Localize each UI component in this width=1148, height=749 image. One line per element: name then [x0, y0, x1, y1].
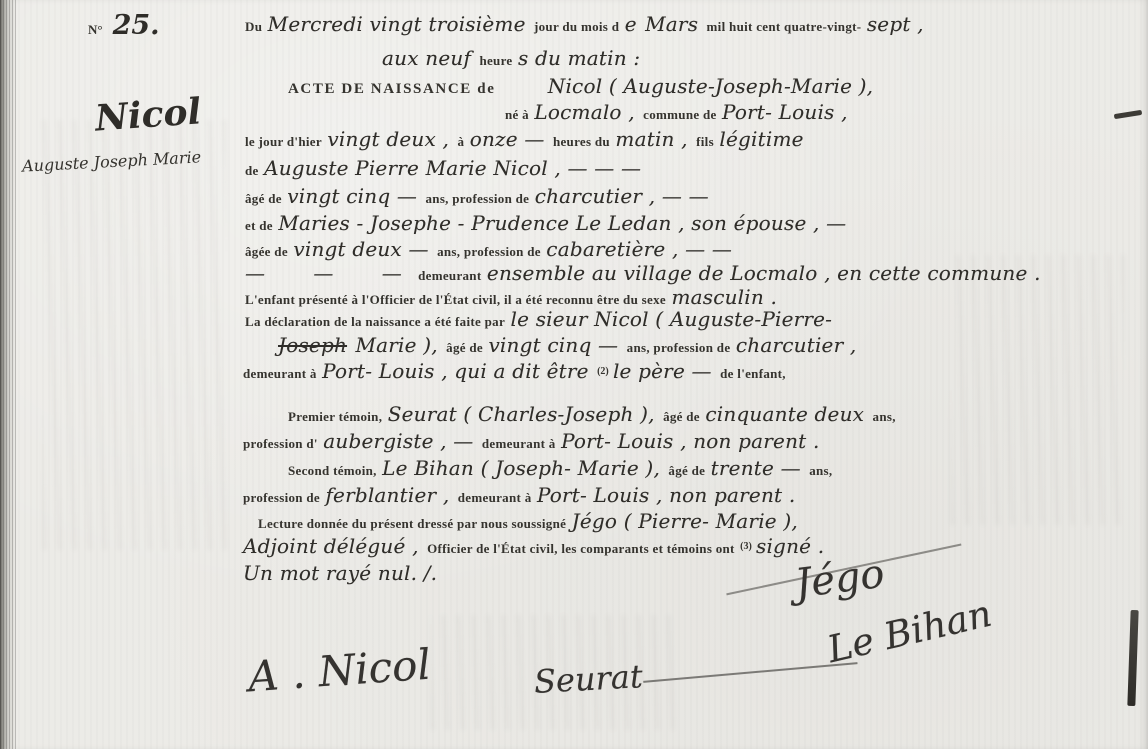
handwritten-text: Port- Louis , qui a dit être — [322, 359, 589, 383]
handwritten-text: sept , — [867, 12, 924, 36]
handwritten-text: Nicol ( Auguste-Joseph-Marie ), — [548, 74, 873, 98]
handwritten-text: Port- Louis , non parent . — [537, 483, 795, 507]
act-line-note: Un mot rayé nul. /. — [243, 561, 446, 585]
bleedthrough-artifact — [950, 255, 1125, 525]
act-line-born: né àLocmalo ,commune dePort- Louis , — [505, 100, 856, 124]
handwritten-text: charcutier , — [736, 333, 857, 357]
printed-form-text: ans, profession de — [425, 191, 529, 206]
act-line-declarant-2: JosephMarie ),âgé devingt cinq —ans, pro… — [278, 333, 865, 357]
printed-form-text: le jour d'hier — [245, 134, 322, 149]
act-number-value: 25. — [113, 10, 160, 41]
ink-mark-artifact — [1127, 610, 1138, 706]
handwritten-text: signé . — [756, 534, 824, 558]
act-number: N°25. — [88, 10, 160, 41]
signature-nicol: A . Nicol — [247, 640, 433, 702]
printed-form-text: et de — [245, 218, 273, 233]
handwritten-text: Jégo ( Pierre- Marie ), — [572, 509, 798, 533]
handwritten-text: Locmalo , — [534, 100, 634, 124]
printed-form-text: Du — [245, 19, 262, 34]
handwritten-text: Maries - Josephe - Prudence Le Ledan , s… — [278, 211, 846, 235]
ink-mark-artifact — [1114, 110, 1142, 119]
scan-left-edge — [0, 0, 16, 749]
act-line-witness2-b: profession deferblantier ,demeurant àPor… — [243, 483, 804, 507]
printed-form-text: âgé de — [668, 463, 705, 478]
act-line-mother-age: âgée devingt deux —ans, profession decab… — [245, 237, 740, 261]
printed-form-text: heure — [479, 53, 512, 68]
signature-lebihan: Le Bihan — [823, 592, 995, 671]
printed-form-text: (3) — [740, 541, 752, 552]
handwritten-text: Mars — [645, 12, 698, 36]
handwritten-text: trente — — [711, 456, 801, 480]
act-line-birthday: le jour d'hiervingt deux ,àonze —heures … — [245, 127, 812, 151]
handwritten-text: charcutier , — — — [535, 184, 709, 208]
act-line-father-age: âgé devingt cinq —ans, profession dechar… — [245, 184, 717, 208]
act-line-officer: Adjoint délégué ,Officier de l'État civi… — [243, 534, 833, 558]
printed-form-text: demeurant à — [458, 490, 532, 505]
margin-surname: Nicol — [94, 90, 203, 139]
printed-form-text: commune de — [643, 107, 716, 122]
act-line-date: DuMercredi vingt troisièmejour du mois d… — [245, 12, 932, 36]
handwritten-text: cabaretière , — — — [546, 237, 732, 261]
handwritten-text: — — — — [245, 261, 410, 285]
handwritten-text: Le Bihan ( Joseph- Marie ), — [382, 456, 660, 480]
handwritten-text: Mercredi vingt troisième — [268, 12, 526, 36]
handwritten-text: Auguste Pierre Marie Nicol , — — — — [264, 156, 641, 180]
act-line-declaration: La déclaration de la naissance a été fai… — [245, 307, 841, 331]
printed-form-text: Lecture donnée du présent dressé par nou… — [258, 516, 566, 531]
signature-jego: Jégo — [793, 551, 887, 608]
document-page: N°25. Nicol Auguste Joseph Marie DuMercr… — [0, 0, 1148, 749]
act-line-title: ACTE DE NAISSANCE deNicol ( Auguste-Jose… — [288, 74, 882, 100]
handwritten-text: vingt cinq — — [488, 333, 618, 357]
handwritten-text: onze — — [470, 127, 545, 151]
act-line-father: deAuguste Pierre Marie Nicol , — — — — [245, 156, 650, 180]
handwritten-text: ferblantier , — [325, 483, 449, 507]
act-line-witness1-a: Premier témoin,Seurat ( Charles-Joseph )… — [288, 402, 901, 426]
printed-form-text: ACTE DE NAISSANCE de — [288, 81, 495, 97]
printed-form-text: profession d' — [243, 436, 318, 451]
printed-form-text: âgé de — [446, 340, 483, 355]
handwritten-text: aubergiste , — — [323, 429, 473, 453]
printed-form-text: ans, — [873, 409, 896, 424]
printed-form-text: ans, profession de — [437, 244, 541, 259]
signature-seurat: Seurat — [533, 657, 644, 701]
handwritten-text: le père — — [613, 359, 712, 383]
handwritten-text: Port- Louis , — [722, 100, 848, 124]
printed-form-text: (2) — [597, 366, 609, 377]
printed-form-text: à — [457, 134, 464, 149]
act-line-mother: et deMaries - Josephe - Prudence Le Leda… — [245, 211, 855, 235]
handwritten-text: Adjoint délégué , — [243, 534, 419, 558]
handwritten-text: Port- Louis , non parent . — [561, 429, 819, 453]
printed-form-text: de l'enfant, — [720, 366, 786, 381]
printed-form-text: jour du mois d — [534, 19, 619, 34]
printed-form-text: âgé de — [663, 409, 700, 424]
bleedthrough-artifact — [42, 120, 227, 550]
handwritten-text: légitime — [719, 127, 803, 151]
printed-form-text: demeurant à — [243, 366, 317, 381]
printed-form-text: né à — [505, 107, 529, 122]
printed-form-text: âgé de — [245, 191, 282, 206]
handwritten-text: s du matin : — [518, 46, 640, 70]
printed-form-text: ans, — [809, 463, 832, 478]
act-line-declarant-3: demeurant àPort- Louis , qui a dit être(… — [243, 359, 791, 383]
printed-form-text: L'enfant présenté à l'Officier de l'État… — [245, 292, 666, 307]
act-line-lecture: Lecture donnée du présent dressé par nou… — [258, 509, 806, 533]
handwritten-text: cinquante deux — [705, 402, 864, 426]
printed-form-text: Second témoin, — [288, 463, 377, 478]
printed-form-text: ans, profession de — [627, 340, 731, 355]
handwritten-text: Seurat ( Charles-Joseph ), — [388, 402, 655, 426]
printed-form-text: âgée de — [245, 244, 288, 259]
printed-form-text: heures du — [553, 134, 610, 149]
printed-form-text: Officier de l'État civil, les comparants… — [427, 541, 735, 556]
handwritten-text: aux neuf — [382, 46, 471, 70]
act-number-label: N° — [88, 22, 103, 37]
printed-form-text: profession de — [243, 490, 320, 505]
printed-form-text: La déclaration de la naissance a été fai… — [245, 314, 505, 329]
handwritten-text: masculin . — [671, 285, 777, 309]
handwritten-text: le sieur Nicol ( Auguste-Pierre- — [511, 307, 833, 331]
handwritten-text: Un mot rayé nul. /. — [243, 561, 437, 585]
printed-form-text: demeurant — [418, 268, 481, 283]
act-line-residence: — — —demeurantensemble au village de Loc… — [245, 261, 1049, 285]
printed-form-text: mil huit cent quatre-vingt- — [707, 19, 862, 34]
handwritten-text: vingt cinq — — [287, 184, 417, 208]
handwritten-text: Marie ), — [355, 333, 437, 357]
act-line-hour: aux neufheures du matin : — [382, 46, 649, 70]
act-line-sex: L'enfant présenté à l'Officier de l'État… — [245, 285, 785, 309]
handwritten-text: e — [625, 12, 637, 36]
handwritten-text: ensemble au village de Locmalo , en cett… — [487, 261, 1041, 285]
act-line-witness2-a: Second témoin,Le Bihan ( Joseph- Marie )… — [288, 456, 838, 480]
margin-given-names: Auguste Joseph Marie — [22, 147, 202, 175]
printed-form-text: fils — [696, 134, 714, 149]
handwritten-struck-text: Joseph — [278, 333, 347, 357]
handwritten-text: vingt deux , — [327, 127, 449, 151]
handwritten-text: matin , — [615, 127, 687, 151]
printed-form-text: demeurant à — [482, 436, 556, 451]
printed-form-text: Premier témoin, — [288, 409, 382, 424]
printed-form-text: de — [245, 163, 259, 178]
handwritten-text: vingt deux — — [293, 237, 428, 261]
act-line-witness1-b: profession d'aubergiste , —demeurant àPo… — [243, 429, 828, 453]
